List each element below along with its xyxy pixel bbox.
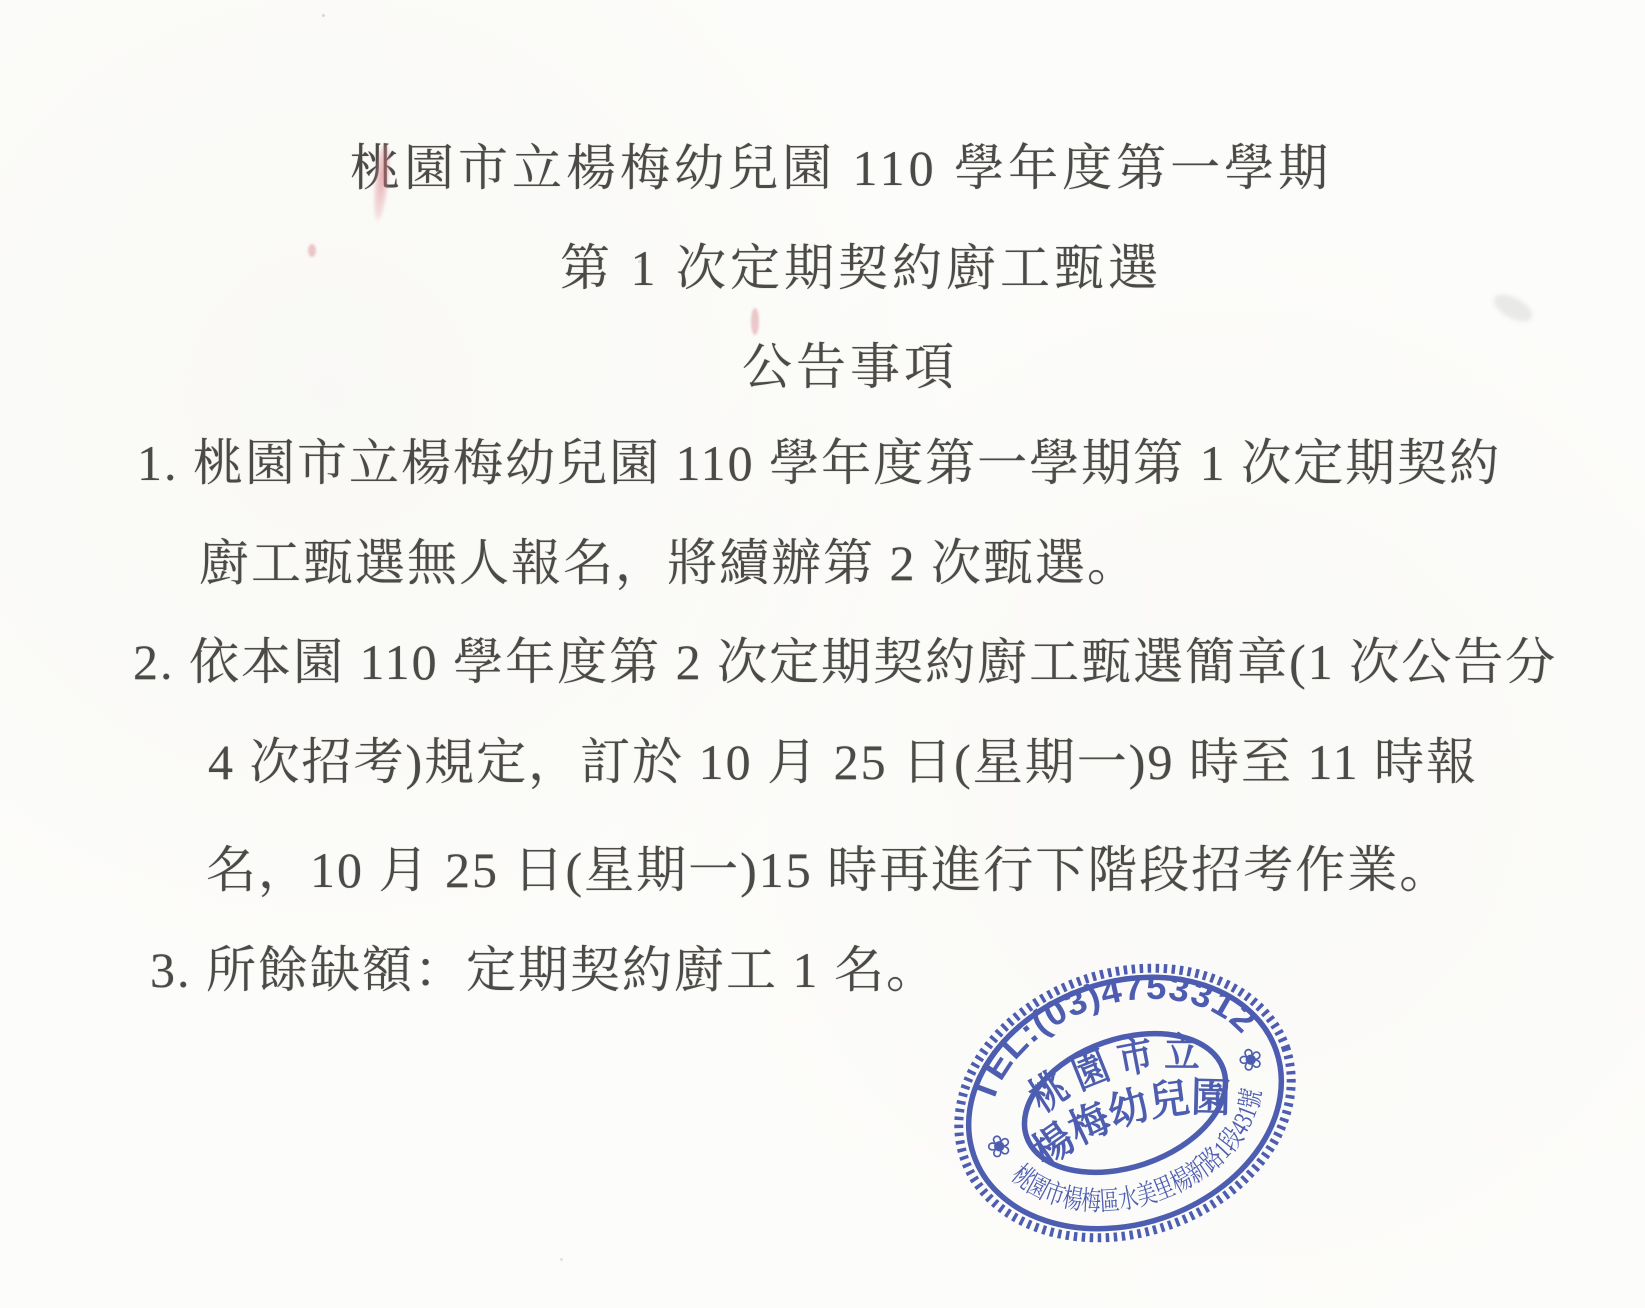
pink-speck bbox=[308, 244, 316, 257]
item-2-line-1: 2. 依本園 110 學年度第 2 次定期契約廚工甄選簡章(1 次公告分 bbox=[133, 622, 1557, 694]
item-3-line-1: 3. 所餘缺額：定期契約廚工 1 名。 bbox=[150, 930, 938, 1002]
scan-speckle bbox=[322, 14, 325, 17]
item-2-line-3: 名，10 月 25 日(星期一)15 時再進行下階段招考作業。 bbox=[206, 830, 1451, 902]
section-heading: 公告事項 bbox=[742, 327, 958, 399]
scan-speckle bbox=[560, 1258, 563, 1261]
item-1-line-1: 1. 桃園市立楊梅幼兒園 110 學年度第一學期第 1 次定期契約 bbox=[137, 423, 1501, 495]
title-line-1: 桃園市立楊梅幼兒園 110 學年度第一學期 bbox=[350, 128, 1332, 200]
title-line-2: 第 1 次定期契約廚工甄選 bbox=[560, 228, 1162, 300]
official-stamp: TEL:(03)4753312 桃園市楊梅區水美里楊新路1段431號 桃 園 市… bbox=[897, 899, 1354, 1306]
item-1-line-2: 廚工甄選無人報名，將續辦第 2 次甄選。 bbox=[199, 523, 1139, 595]
flower-icon: ❀ bbox=[982, 1127, 1017, 1166]
item-2-line-2: 4 次招考)規定，訂於 10 月 25 日(星期一)9 時至 11 時報 bbox=[208, 722, 1478, 794]
flower-icon: ❀ bbox=[1234, 1040, 1269, 1079]
scanned-announcement-page: 桃園市立楊梅幼兒園 110 學年度第一學期 第 1 次定期契約廚工甄選 公告事項… bbox=[0, 0, 1645, 1308]
gray-smudge bbox=[1490, 289, 1536, 326]
